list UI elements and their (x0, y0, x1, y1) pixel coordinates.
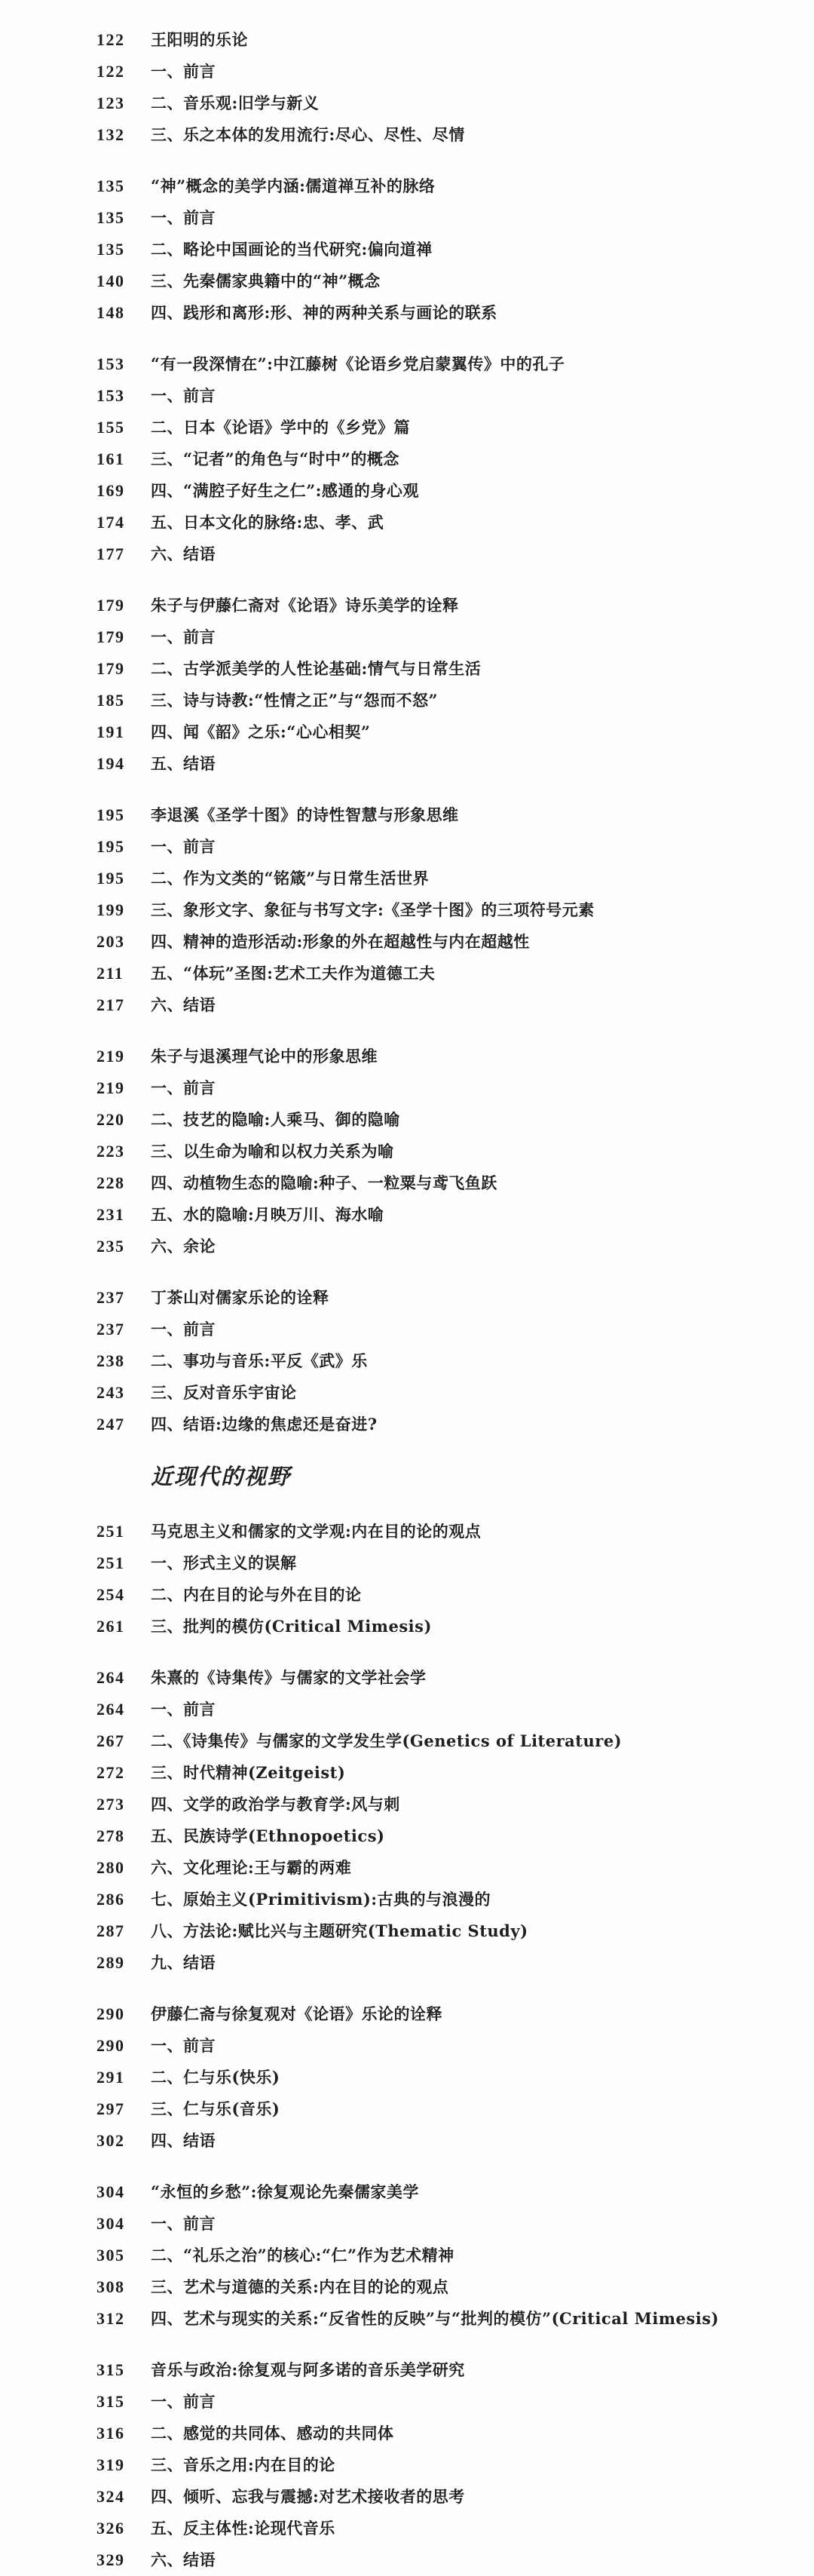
toc-item-row: 254二、内在目的论与外在目的论 (0, 1579, 814, 1611)
toc-page-number: 153 (96, 380, 151, 412)
toc-entry-title: 二、事功与音乐:平反《武》乐 (151, 1345, 368, 1377)
toc-entry-title: 三、艺术与道德的关系:内在目的论的观点 (151, 2271, 448, 2303)
toc-entry-title: 三、乐之本体的发用流行:尽心、尽性、尽情 (151, 119, 465, 151)
toc-item-row: 251一、形式主义的误解 (0, 1547, 814, 1579)
toc-item-row: 122一、前言 (0, 56, 814, 87)
toc-page-number: 308 (96, 2271, 151, 2303)
toc-page-number: 237 (96, 1314, 151, 1345)
toc-page-number: 122 (96, 56, 151, 87)
toc-item-row: 302四、结语 (0, 2125, 814, 2157)
toc-page-number: 228 (96, 1167, 151, 1199)
toc-page-number: 195 (96, 831, 151, 863)
toc-item-row: 220二、技艺的隐喻:人乘马、御的隐喻 (0, 1104, 814, 1136)
toc-item-row: 179一、前言 (0, 621, 814, 653)
toc-entry-title: 二、内在目的论与外在目的论 (151, 1579, 362, 1611)
toc-page-number: 251 (96, 1547, 151, 1579)
toc-item-row: 174五、日本文化的脉络:忠、孝、武 (0, 507, 814, 538)
toc-entry-title: 三、象形文字、象征与书写文字:《圣学十图》的三项符号元素 (151, 894, 595, 926)
toc-page-number: 132 (96, 119, 151, 151)
toc-page-number: 264 (96, 1662, 151, 1694)
toc-item-row: 237一、前言 (0, 1314, 814, 1345)
toc-entry-title: 四、精神的造形活动:形象的外在超越性与内在超越性 (151, 926, 530, 958)
toc-item-row: 315一、前言 (0, 2386, 814, 2418)
toc-entry-title: “永恒的乡愁”:徐复观论先秦儒家美学 (151, 2176, 419, 2208)
toc-page-number: 194 (96, 748, 151, 780)
toc-page-number: 123 (96, 87, 151, 119)
toc-item-row: 228四、动植物生态的隐喻:种子、一粒粟与鸢飞鱼跃 (0, 1167, 814, 1199)
toc-page-number: 195 (96, 799, 151, 831)
toc-page-number: 219 (96, 1041, 151, 1072)
toc-chapter-row: 153“有一段深情在”:中江藤树《论语乡党启蒙翼传》中的孔子 (0, 348, 814, 380)
toc-page-number: 217 (96, 989, 151, 1021)
toc-entry-title: 二、仁与乐(快乐) (151, 2062, 280, 2093)
toc-entry-title: 二、古学派美学的人性论基础:情气与日常生活 (151, 653, 481, 685)
toc-item-row: 326五、反主体性:论现代音乐 (0, 2513, 814, 2544)
toc-chapter-row: 304“永恒的乡愁”:徐复观论先秦儒家美学 (0, 2176, 814, 2208)
toc-page-number: 238 (96, 1345, 151, 1377)
toc-entry-title: 丁茶山对儒家乐论的诠释 (151, 1282, 329, 1314)
toc-page-number: 177 (96, 538, 151, 570)
toc-entry-title: 二、音乐观:旧学与新义 (151, 87, 319, 119)
toc-item-row: 199三、象形文字、象征与书写文字:《圣学十图》的三项符号元素 (0, 894, 814, 926)
toc-page-number: 122 (96, 24, 151, 56)
toc-entry-title: 五、日本文化的脉络:忠、孝、武 (151, 507, 384, 538)
toc-entry-title: 王阳明的乐论 (151, 24, 248, 56)
toc-chapter-row: 195李退溪《圣学十图》的诗性智慧与形象思维 (0, 799, 814, 831)
toc-entry-title: 二、技艺的隐喻:人乘马、御的隐喻 (151, 1104, 400, 1136)
toc-item-row: 135二、略论中国画论的当代研究:偏向道禅 (0, 234, 814, 265)
toc-entry-title: 三、批判的模仿(Critical Mimesis) (151, 1611, 432, 1642)
toc-item-row: 155二、日本《论语》学中的《乡党》篇 (0, 412, 814, 443)
toc-item-row: 297三、仁与乐(音乐) (0, 2093, 814, 2125)
toc-entry-title: 五、水的隐喻:月映万川、海水喻 (151, 1199, 384, 1231)
toc-item-row: 169四、“满腔子好生之仁”:感通的身心观 (0, 475, 814, 507)
toc-entry-title: 六、余论 (151, 1231, 216, 1262)
toc-entry-title: 一、前言 (151, 2030, 216, 2062)
toc-page-number: 161 (96, 443, 151, 475)
toc-page-number: 278 (96, 1820, 151, 1852)
toc-entry-title: 三、先秦儒家典籍中的“神”概念 (151, 265, 381, 297)
toc-entry-title: 二、略论中国画论的当代研究:偏向道禅 (151, 234, 433, 265)
toc-entry-title: 四、结语:边缘的焦虑还是奋进? (151, 1409, 378, 1440)
toc-item-row: 291二、仁与乐(快乐) (0, 2062, 814, 2093)
toc-entry-title: 六、结语 (151, 2544, 216, 2576)
toc-page-number: 304 (96, 2208, 151, 2240)
toc-page-number: 261 (96, 1611, 151, 1642)
toc-item-row: 179二、古学派美学的人性论基础:情气与日常生活 (0, 653, 814, 685)
toc-chapter-row: 179朱子与伊藤仁斋对《论语》诗乐美学的诠释 (0, 590, 814, 621)
toc-item-row: 304一、前言 (0, 2208, 814, 2240)
toc-page-number: 155 (96, 412, 151, 443)
toc-page-number: 304 (96, 2176, 151, 2208)
toc-entry-title: 朱子与退溪理气论中的形象思维 (151, 1041, 378, 1072)
toc-page-number: 280 (96, 1852, 151, 1884)
toc-item-row: 264一、前言 (0, 1694, 814, 1725)
toc-entry-title: 二、“礼乐之治”的核心:“仁”作为艺术精神 (151, 2240, 454, 2271)
toc-page-number: 211 (96, 958, 151, 989)
toc-page-number: 286 (96, 1884, 151, 1915)
toc-entry-title: 马克思主义和儒家的文学观:内在目的论的观点 (151, 1516, 481, 1547)
toc-page-number: 203 (96, 926, 151, 958)
toc-entry-title: 一、前言 (151, 56, 216, 87)
toc-entry-title: 一、前言 (151, 2208, 216, 2240)
toc-entry-title: 三、仁与乐(音乐) (151, 2093, 280, 2125)
toc-page-number: 289 (96, 1947, 151, 1979)
toc-page-number: 267 (96, 1725, 151, 1757)
toc-item-row: 223三、以生命为喻和以权力关系为喻 (0, 1136, 814, 1167)
toc-chapter-row: 315音乐与政治:徐复观与阿多诺的音乐美学研究 (0, 2354, 814, 2386)
toc-item-row: 305二、“礼乐之治”的核心:“仁”作为艺术精神 (0, 2240, 814, 2271)
toc-item-row: 191四、闻《韶》之乐:“心心相契” (0, 716, 814, 748)
toc-page-number: 140 (96, 265, 151, 297)
toc-item-row: 219一、前言 (0, 1072, 814, 1104)
part-title: 近现代的视野 (151, 1457, 291, 1496)
toc-page-number: 135 (96, 234, 151, 265)
toc-item-row: 243三、反对音乐宇宙论 (0, 1377, 814, 1409)
toc-page-number: 251 (96, 1516, 151, 1547)
toc-entry-title: 四、文学的政治学与教育学:风与刺 (151, 1789, 400, 1820)
toc-page-number: 199 (96, 894, 151, 926)
toc-page-number: 297 (96, 2093, 151, 2125)
toc-entry-title: 一、前言 (151, 621, 216, 653)
toc-entry-title: 二、日本《论语》学中的《乡党》篇 (151, 412, 410, 443)
toc-item-row: 267二、《诗集传》与儒家的文学发生学(Genetics of Literatu… (0, 1725, 814, 1757)
toc-page-number: 254 (96, 1579, 151, 1611)
toc-entry-title: 三、诗与诗教:“性情之正”与“怨而不怒” (151, 685, 438, 716)
toc-entry-title: 二、作为文类的“铭箴”与日常生活世界 (151, 863, 429, 894)
toc-entry-title: 三、“记者”的角色与“时中”的概念 (151, 443, 399, 475)
toc-chapter-row: 264朱熹的《诗集传》与儒家的文学社会学 (0, 1662, 814, 1694)
toc-entry-title: 四、艺术与现实的关系:“反省性的反映”与“批判的模仿”(Critical Mim… (151, 2303, 719, 2335)
toc-entry-title: 四、结语 (151, 2125, 216, 2157)
toc-entry-title: 一、形式主义的误解 (151, 1547, 297, 1579)
toc-page-number: 235 (96, 1231, 151, 1262)
toc-item-row: 194五、结语 (0, 748, 814, 780)
toc-entry-title: 四、践形和离形:形、神的两种关系与画论的联系 (151, 297, 497, 329)
toc-item-row: 231五、水的隐喻:月映万川、海水喻 (0, 1199, 814, 1231)
toc-page-number: 272 (96, 1757, 151, 1789)
toc-item-row: 273四、文学的政治学与教育学:风与刺 (0, 1789, 814, 1820)
toc-page-number: 191 (96, 716, 151, 748)
toc-item-row: 280六、文化理论:王与霸的两难 (0, 1852, 814, 1884)
toc-entry-title: 李退溪《圣学十图》的诗性智慧与形象思维 (151, 799, 459, 831)
toc-page-number: 326 (96, 2513, 151, 2544)
toc-page-number: 315 (96, 2386, 151, 2418)
toc-page-number: 316 (96, 2418, 151, 2449)
toc-entry-title: 三、以生命为喻和以权力关系为喻 (151, 1136, 394, 1167)
toc-page-number: 302 (96, 2125, 151, 2157)
toc-item-row: 238二、事功与音乐:平反《武》乐 (0, 1345, 814, 1377)
toc-entry-title: 一、前言 (151, 1314, 216, 1345)
toc-entry-title: “神”概念的美学内涵:儒道禅互补的脉络 (151, 170, 435, 202)
toc-entry-title: 五、反主体性:论现代音乐 (151, 2513, 335, 2544)
toc-page-number: 264 (96, 1694, 151, 1725)
toc-item-row: 123二、音乐观:旧学与新义 (0, 87, 814, 119)
toc-page-number: 153 (96, 348, 151, 380)
toc-entry-title: 六、结语 (151, 989, 216, 1021)
toc-entry-title: 四、倾听、忘我与震撼:对艺术接收者的思考 (151, 2481, 465, 2513)
toc-page-number: 290 (96, 1998, 151, 2030)
toc-page-number: 291 (96, 2062, 151, 2093)
toc-item-row: 195一、前言 (0, 831, 814, 863)
toc-entry-title: 七、原始主义(Primitivism):古典的与浪漫的 (151, 1884, 491, 1915)
toc-page-number: 273 (96, 1789, 151, 1820)
toc-entry-title: 朱熹的《诗集传》与儒家的文学社会学 (151, 1662, 427, 1694)
toc-item-row: 272三、时代精神(Zeitgeist) (0, 1757, 814, 1789)
toc-page-number: 174 (96, 507, 151, 538)
toc-page-number: 287 (96, 1915, 151, 1947)
toc-list: 122王阳明的乐论122一、前言123二、音乐观:旧学与新义132三、乐之本体的… (0, 24, 814, 2576)
toc-entry-title: “有一段深情在”:中江藤树《论语乡党启蒙翼传》中的孔子 (151, 348, 565, 380)
toc-item-row: 287八、方法论:赋比兴与主题研究(Thematic Study) (0, 1915, 814, 1947)
toc-page-number: 148 (96, 297, 151, 329)
toc-item-row: 140三、先秦儒家典籍中的“神”概念 (0, 265, 814, 297)
toc-item-row: 316二、感觉的共同体、感动的共同体 (0, 2418, 814, 2449)
toc-item-row: 211五、“体玩”圣图:艺术工夫作为道德工夫 (0, 958, 814, 989)
toc-item-row: 153一、前言 (0, 380, 814, 412)
toc-entry-title: 四、动植物生态的隐喻:种子、一粒粟与鸢飞鱼跃 (151, 1167, 497, 1199)
toc-item-row: 177六、结语 (0, 538, 814, 570)
toc-item-row: 261三、批判的模仿(Critical Mimesis) (0, 1611, 814, 1642)
toc-entry-title: 六、文化理论:王与霸的两难 (151, 1852, 351, 1884)
toc-entry-title: 三、时代精神(Zeitgeist) (151, 1757, 345, 1789)
toc-item-row: 185三、诗与诗教:“性情之正”与“怨而不怒” (0, 685, 814, 716)
toc-entry-title: 一、前言 (151, 1072, 216, 1104)
toc-item-row: 286七、原始主义(Primitivism):古典的与浪漫的 (0, 1884, 814, 1915)
toc-item-row: 308三、艺术与道德的关系:内在目的论的观点 (0, 2271, 814, 2303)
toc-entry-title: 五、结语 (151, 748, 216, 780)
toc-item-row: 312四、艺术与现实的关系:“反省性的反映”与“批判的模仿”(Critical … (0, 2303, 814, 2335)
toc-item-row: 148四、践形和离形:形、神的两种关系与画论的联系 (0, 297, 814, 329)
toc-item-row: 324四、倾听、忘我与震撼:对艺术接收者的思考 (0, 2481, 814, 2513)
toc-entry-title: 五、民族诗学(Ethnopoetics) (151, 1820, 384, 1852)
toc-item-row: 290一、前言 (0, 2030, 814, 2062)
toc-entry-title: 四、闻《韶》之乐:“心心相契” (151, 716, 370, 748)
toc-item-row: 235六、余论 (0, 1231, 814, 1262)
toc-entry-title: 三、反对音乐宇宙论 (151, 1377, 297, 1409)
toc-page-number: 179 (96, 621, 151, 653)
toc-entry-title: 音乐与政治:徐复观与阿多诺的音乐美学研究 (151, 2354, 465, 2386)
toc-page-number: 231 (96, 1199, 151, 1231)
toc-page: 122王阳明的乐论122一、前言123二、音乐观:旧学与新义132三、乐之本体的… (0, 0, 814, 2576)
toc-page-number: 319 (96, 2449, 151, 2481)
toc-page-number: 324 (96, 2481, 151, 2513)
toc-entry-title: 二、感觉的共同体、感动的共同体 (151, 2418, 394, 2449)
toc-item-row: 247四、结语:边缘的焦虑还是奋进? (0, 1409, 814, 1440)
toc-item-row: 132三、乐之本体的发用流行:尽心、尽性、尽情 (0, 119, 814, 151)
toc-page-number: 169 (96, 475, 151, 507)
toc-page-number: 243 (96, 1377, 151, 1409)
toc-page-number: 185 (96, 685, 151, 716)
toc-item-row: 289九、结语 (0, 1947, 814, 1979)
toc-item-row: 217六、结语 (0, 989, 814, 1021)
toc-chapter-row: 237丁茶山对儒家乐论的诠释 (0, 1282, 814, 1314)
toc-entry-title: 一、前言 (151, 202, 216, 234)
toc-item-row: 135一、前言 (0, 202, 814, 234)
toc-item-row: 161三、“记者”的角色与“时中”的概念 (0, 443, 814, 475)
toc-chapter-row: 135“神”概念的美学内涵:儒道禅互补的脉络 (0, 170, 814, 202)
toc-entry-title: 九、结语 (151, 1947, 216, 1979)
toc-item-row: 195二、作为文类的“铭箴”与日常生活世界 (0, 863, 814, 894)
toc-entry-title: 一、前言 (151, 380, 216, 412)
toc-page-number: 329 (96, 2544, 151, 2576)
toc-entry-title: 一、前言 (151, 2386, 216, 2418)
toc-page-number: 135 (96, 170, 151, 202)
toc-entry-title: 三、音乐之用:内在目的论 (151, 2449, 335, 2481)
toc-entry-title: 六、结语 (151, 538, 216, 570)
toc-page-number: 135 (96, 202, 151, 234)
toc-entry-title: 二、《诗集传》与儒家的文学发生学(Genetics of Literature) (151, 1725, 622, 1757)
toc-chapter-row: 290伊藤仁斋与徐复观对《论语》乐论的诠释 (0, 1998, 814, 2030)
toc-page-number: 195 (96, 863, 151, 894)
part-header: 近现代的视野 (0, 1457, 814, 1496)
toc-entry-title: 一、前言 (151, 831, 216, 863)
toc-chapter-row: 251马克思主义和儒家的文学观:内在目的论的观点 (0, 1516, 814, 1547)
toc-page-number: 312 (96, 2303, 151, 2335)
toc-entry-title: 八、方法论:赋比兴与主题研究(Thematic Study) (151, 1915, 528, 1947)
toc-item-row: 319三、音乐之用:内在目的论 (0, 2449, 814, 2481)
toc-entry-title: 一、前言 (151, 1694, 216, 1725)
toc-chapter-row: 219朱子与退溪理气论中的形象思维 (0, 1041, 814, 1072)
toc-page-number: 315 (96, 2354, 151, 2386)
toc-page-number: 179 (96, 653, 151, 685)
toc-page-number: 223 (96, 1136, 151, 1167)
toc-page-number: 220 (96, 1104, 151, 1136)
toc-page-number: 290 (96, 2030, 151, 2062)
toc-chapter-row: 122王阳明的乐论 (0, 24, 814, 56)
toc-entry-title: 朱子与伊藤仁斋对《论语》诗乐美学的诠释 (151, 590, 459, 621)
toc-page-number: 219 (96, 1072, 151, 1104)
toc-entry-title: 伊藤仁斋与徐复观对《论语》乐论的诠释 (151, 1998, 442, 2030)
toc-page-number: 305 (96, 2240, 151, 2271)
toc-item-row: 278五、民族诗学(Ethnopoetics) (0, 1820, 814, 1852)
toc-entry-title: 五、“体玩”圣图:艺术工夫作为道德工夫 (151, 958, 435, 989)
toc-item-row: 329六、结语 (0, 2544, 814, 2576)
toc-entry-title: 四、“满腔子好生之仁”:感通的身心观 (151, 475, 419, 507)
toc-page-number: 179 (96, 590, 151, 621)
toc-item-row: 203四、精神的造形活动:形象的外在超越性与内在超越性 (0, 926, 814, 958)
toc-page-number: 237 (96, 1282, 151, 1314)
toc-page-number: 247 (96, 1409, 151, 1440)
